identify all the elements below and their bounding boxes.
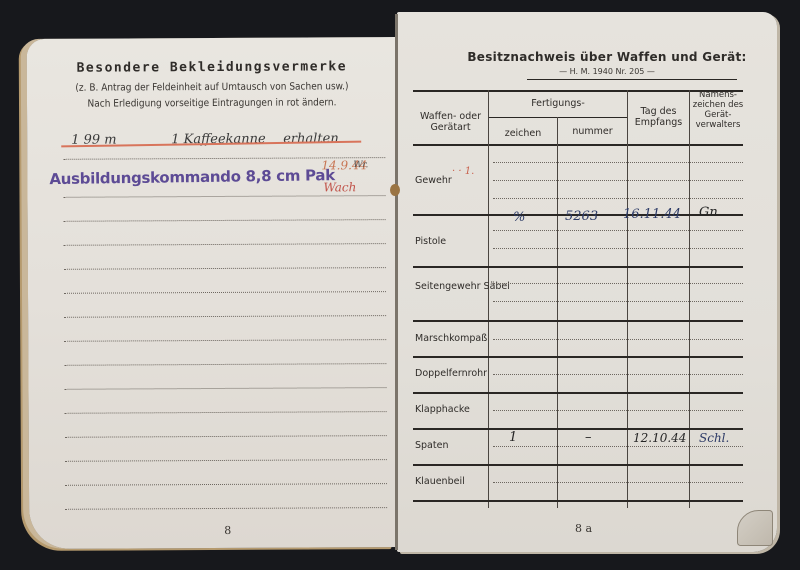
dotted-line [63, 195, 385, 198]
right-page: Besitznachweis über Waffen und Gerät: — … [397, 12, 777, 552]
header-fertigungs: Fertigungs- [489, 98, 627, 109]
row-label-klauenbeil: Klauenbeil [415, 476, 465, 488]
row-rule [413, 320, 743, 322]
spaten-signature: Schl. [699, 431, 729, 445]
dotted-line [64, 363, 386, 366]
entry-line [493, 410, 743, 411]
row-label-klapphacke: Klapphacke [415, 404, 470, 416]
row-label-gewehr: Gewehr [415, 175, 452, 187]
row-rule [413, 356, 743, 358]
dotted-line [64, 291, 386, 294]
dotted-line [65, 507, 387, 510]
header-nummer: nummer [558, 126, 627, 137]
column-divider [557, 117, 558, 508]
struck-through-entry: 1 99 m 1 Kaffeekanne erhalten [61, 131, 361, 155]
regulation-reference: — H. M. 1940 Nr. 205 — [437, 67, 777, 76]
table-bottom-rule [413, 500, 743, 502]
fertigungs-subrule [489, 117, 627, 118]
right-page-title: Besitznachweis über Waffen und Gerät: [437, 50, 777, 64]
header-signature: Namens-zeichen des Gerät-verwalters [690, 90, 746, 130]
left-page-subtitle-2: Nach Erledigung vorseitige Eintragungen … [27, 97, 397, 110]
entry-line [493, 162, 743, 163]
row-label-pistole: Pistole [415, 236, 446, 248]
entry-line [493, 301, 743, 302]
row-rule [413, 428, 743, 430]
dotted-line [64, 387, 386, 390]
red-pencil-marks: · · 1. [452, 166, 474, 177]
struck-entry-part3: erhalten [283, 131, 339, 146]
column-divider [488, 90, 489, 508]
entry-line [493, 482, 743, 483]
entry-line [493, 283, 743, 284]
dotted-line [64, 267, 386, 270]
spaten-zeichen: 1 [509, 430, 517, 445]
entry-line [493, 230, 743, 231]
handwritten-initials: Wr. [353, 160, 368, 170]
handwritten-signature: Wach [323, 180, 356, 194]
spaten-nummer: – [585, 430, 592, 445]
dotted-line [65, 483, 387, 486]
header-zeichen: zeichen [489, 128, 557, 139]
dotted-line [65, 411, 387, 414]
book-spine [395, 14, 398, 550]
dotted-line [64, 219, 386, 222]
entry-line [493, 180, 743, 181]
left-page-subtitle-1: (z. B. Antrag der Feldeinheit auf Umtaus… [27, 81, 397, 94]
open-soldbuch: Besondere Bekleidungsvermerke (z. B. Ant… [0, 0, 800, 570]
unit-stamp: Ausbildungskommando 8,8 cm Pak [49, 166, 335, 188]
header-date-received: Tag des Empfangs [628, 106, 689, 128]
row-label-marschkompass: Marschkompaß [415, 333, 487, 345]
title-underline [527, 79, 737, 80]
right-page-number: 8 a [575, 522, 592, 535]
row-label-doppelfernrohr: Doppelfernrohr [415, 368, 487, 380]
pistole-zeichen: % [513, 210, 525, 225]
entry-line [493, 248, 743, 249]
row-label-spaten: Spaten [415, 440, 448, 452]
left-page-number: 8 [224, 524, 231, 537]
pistole-nummer: 5263 [565, 209, 598, 224]
header-bottom-rule [413, 144, 743, 146]
entry-line [493, 339, 743, 340]
dotted-line [65, 459, 387, 462]
pistole-date: 16.11.44 [623, 207, 681, 222]
folded-corner [737, 510, 773, 546]
entry-line [493, 198, 743, 199]
header-type: Waffen- oder Gerätart [413, 111, 488, 133]
dotted-line [64, 243, 386, 246]
row-rule [413, 392, 743, 394]
row-rule [413, 266, 743, 268]
entry-line [493, 374, 743, 375]
staple [390, 184, 400, 196]
entry-line [493, 446, 743, 447]
row-rule [413, 464, 743, 466]
left-page: Besondere Bekleidungsvermerke (z. B. Ant… [27, 37, 400, 549]
dotted-line [65, 435, 387, 438]
left-page-title: Besondere Bekleidungsvermerke [27, 59, 397, 76]
spaten-date: 12.10.44 [633, 431, 686, 445]
dotted-line [64, 339, 386, 342]
pistole-signature: Gn [699, 205, 718, 220]
dotted-line [64, 315, 386, 318]
